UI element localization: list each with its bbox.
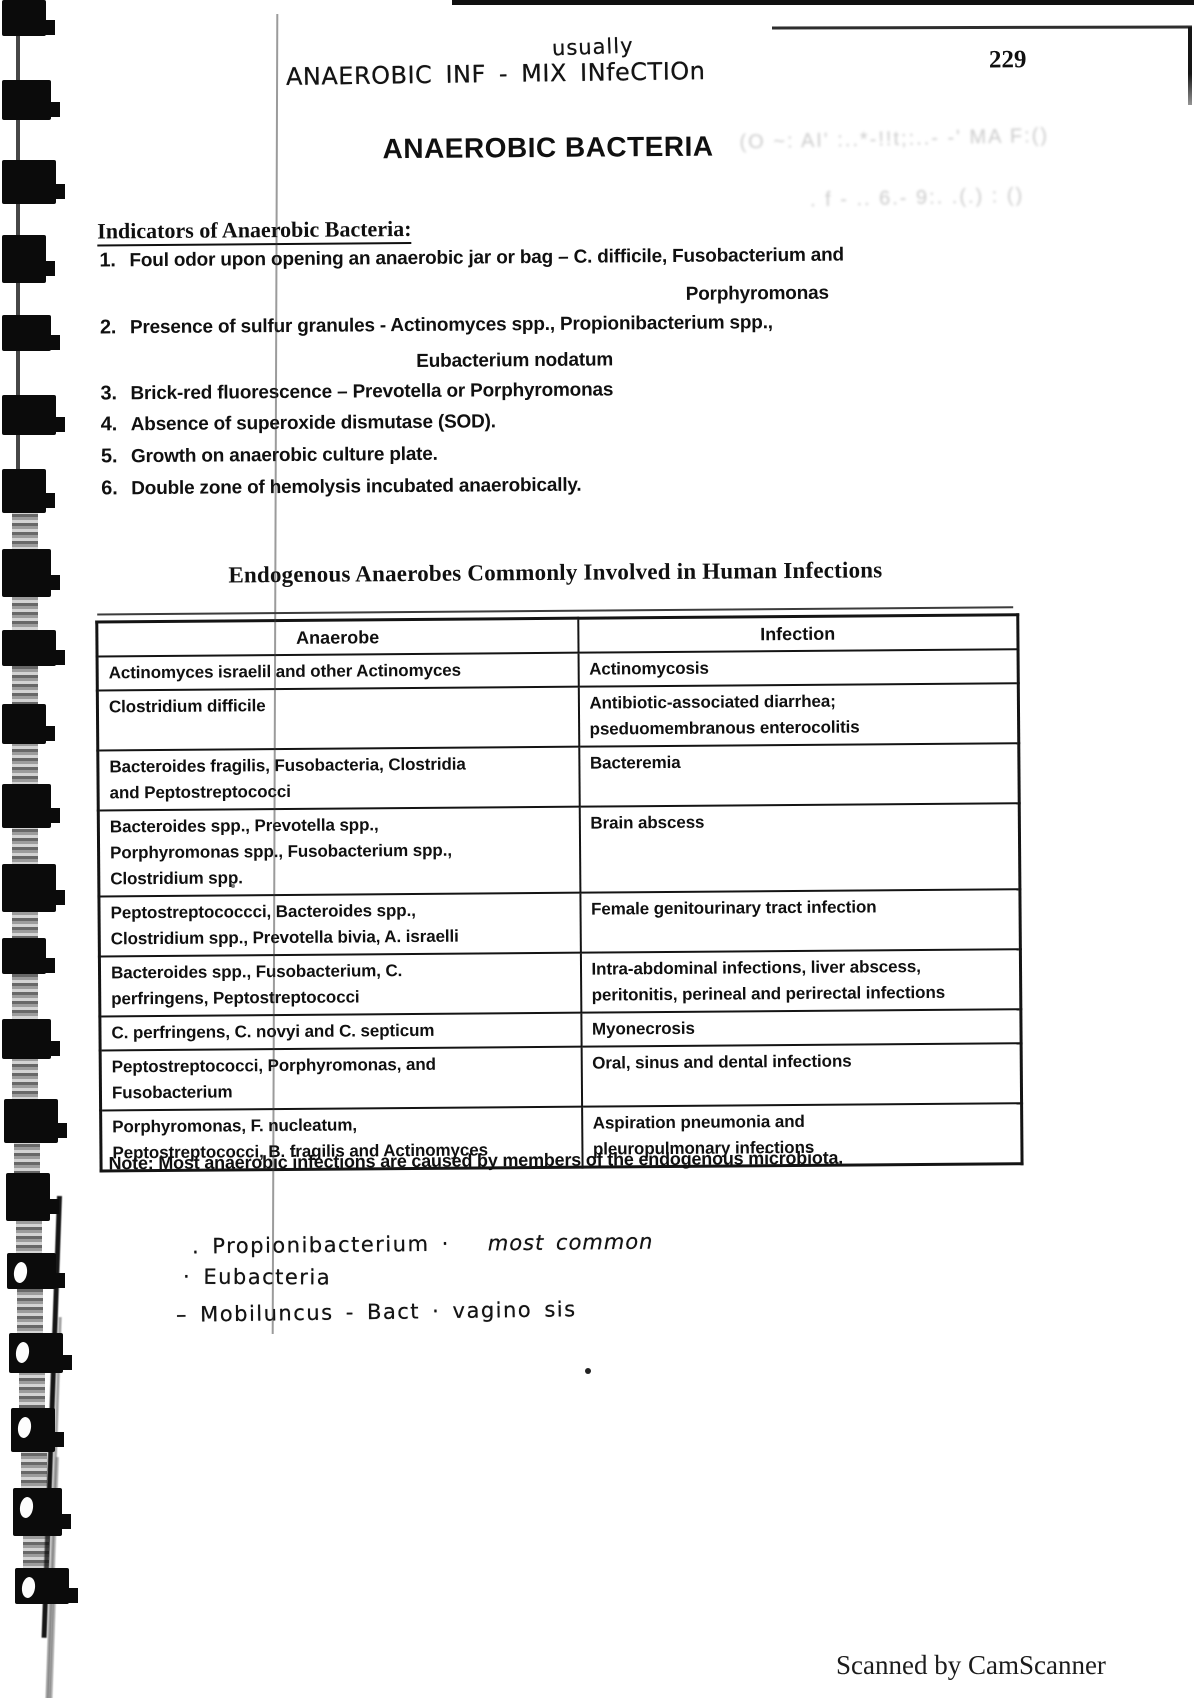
anaerobe-cell: Bacteroides spp., Fusobacterium, C. perf… [99,953,580,1017]
table-row: Bacteroides spp., Fusobacterium, C. perf… [99,949,1020,1016]
table-row: Bacteroides spp., Prevotella spp., Porph… [98,803,1020,896]
item-number: 5. [101,445,131,468]
item-number: 3. [100,382,130,405]
infection-cell: Myonecrosis [581,1009,1021,1046]
binding-mark [6,1173,50,1221]
binding-mark [2,549,51,597]
binding-link [16,343,20,399]
anaerobe-cell: Bacteroides fragilis, Fusobacteria, Clos… [98,747,579,811]
anaerobe-cell: Actinomyces israelil and other Actinomyc… [97,653,578,691]
anaerobe-cell: Clostridium difficile [97,687,578,751]
indicator-item-continuation: Porphyromonas [686,283,829,306]
binding-mark [2,1019,51,1059]
binding-hole [18,1496,34,1519]
binding-mark [2,469,46,513]
binding-mark [4,1099,58,1143]
binding-hole [15,1341,31,1364]
infection-cell: Intra-abdominal infections, liver absces… [580,949,1020,1012]
binding-hole [17,1416,33,1439]
infection-cell: Bacteremia [579,743,1019,806]
binding-mark [13,1488,62,1536]
item-text: Presence of sulfur granules - Actinomyce… [130,312,773,338]
item-number: 2. [100,316,130,339]
item-number: 6. [101,477,131,500]
indicator-item: 1.Foul odor upon opening an anaerobic ja… [99,244,844,273]
binding-mark [2,630,56,666]
table-row: Peptostreptococci, Porphyromonas, and Fu… [100,1043,1021,1110]
binding-mark [2,784,51,828]
camscanner-watermark: Scanned by CamScanner [836,1650,1106,1681]
infection-cell: Brain abscess [579,803,1020,892]
binding-mark [11,1408,55,1452]
anaerobe-cell: C. perfringens, C. novyi and C. septicum [100,1013,581,1051]
indicator-item: 5.Growth on anaerobic culture plate. [101,443,438,469]
infection-cell: Female genitourinary tract infection [580,889,1020,952]
binding-mark [9,1333,63,1373]
infection-cell: Oral, sinus and dental infections [581,1043,1021,1106]
indicator-item: 4.Absence of superoxide dismutase (SOD). [101,410,496,436]
infection-cell: Actinomycosis [578,649,1018,686]
handwritten-note: . Propionibacterium ·most common [192,1230,654,1259]
note-text: . Propionibacterium · [192,1232,450,1259]
binding-mark [2,704,46,744]
table-title: Endogenous Anaerobes Commonly Involved i… [95,556,1016,589]
item-text: Brick-red fluorescence – Prevotella or P… [130,379,613,404]
indicator-item-continuation: Eubacterium nodatum [416,349,613,373]
binding-mark [2,235,46,283]
handwritten-note: · Eubacteria [183,1265,331,1290]
anaerobe-cell: Bacteroides spp., Prevotella spp., Porph… [98,807,580,897]
binding-mark [2,864,56,912]
page-title: ANAEROBIC BACTERIA [382,131,713,166]
scanned-page: usually ANAEROBIC INF - MIX INfeCTIOn 22… [0,0,1200,1698]
note-tail: most common [488,1230,654,1256]
indicator-item: 3.Brick-red fluorescence – Prevotella or… [100,378,613,405]
binding-mark [7,1253,56,1289]
anaerobes-table: Anaerobe Infection Actinomyces israelil … [95,613,1023,1172]
item-text: Double zone of hemolysis incubated anaer… [131,475,581,500]
binding-mark [2,160,56,204]
binding-hole [13,1261,29,1284]
item-text: Absence of superoxide dismutase (SOD). [131,411,496,435]
binding-mark [15,1568,69,1604]
ghost-bleedthrough-text: (O ~: AI' :..*-!!t;:..- -' MA F:() [739,125,1049,155]
binding-mark [2,0,46,36]
binding-link [12,966,38,1022]
binding-mark [2,315,51,351]
table-row: Clostridium difficile Antibiotic-associa… [97,683,1018,750]
ghost-bleedthrough-text: . f - .. 6.- 9:. .(.) : () [810,185,1025,213]
binding-mark [2,80,51,120]
note-text: · Eubacteria [183,1265,331,1290]
binding-link [17,1281,43,1337]
item-text: Foul odor upon opening an anaerobic jar … [129,245,844,272]
indicator-item: 6.Double zone of hemolysis incubated ana… [101,474,581,501]
anaerobe-column-header: Anaerobe [97,618,578,656]
binding-link [16,28,20,84]
binding-mark [2,938,46,974]
indicators-heading: Indicators of Anaerobic Bacteria: [97,216,411,246]
item-text: Growth on anaerobic culture plate. [131,444,438,467]
infection-cell: Antibiotic-associated diarrhea; pseduome… [578,683,1018,746]
indicator-item: 2.Presence of sulfur granules - Actinomy… [100,311,773,339]
table-row: Peptostreptococcci, Bacteroides spp., Cl… [99,889,1020,956]
infection-column-header: Infection [578,615,1018,653]
table-row: Bacteroides fragilis, Fusobacteria, Clos… [98,743,1019,810]
anaerobe-cell: Peptostreptococci, Porphyromonas, and Fu… [100,1047,581,1111]
item-number: 4. [101,413,131,436]
item-number: 1. [99,249,129,272]
anaerobe-cell: Peptostreptococcci, Bacteroides spp., Cl… [99,893,580,957]
binding-mark [2,395,56,435]
printed-content: 229 ANAEROBIC BACTERIA (O ~: AI' :..*-!!… [0,0,1200,1698]
table-note: Note: Most anaerobic infections are caus… [108,1148,843,1175]
binding-hole [20,1576,36,1599]
page-number: 229 [989,46,1027,74]
